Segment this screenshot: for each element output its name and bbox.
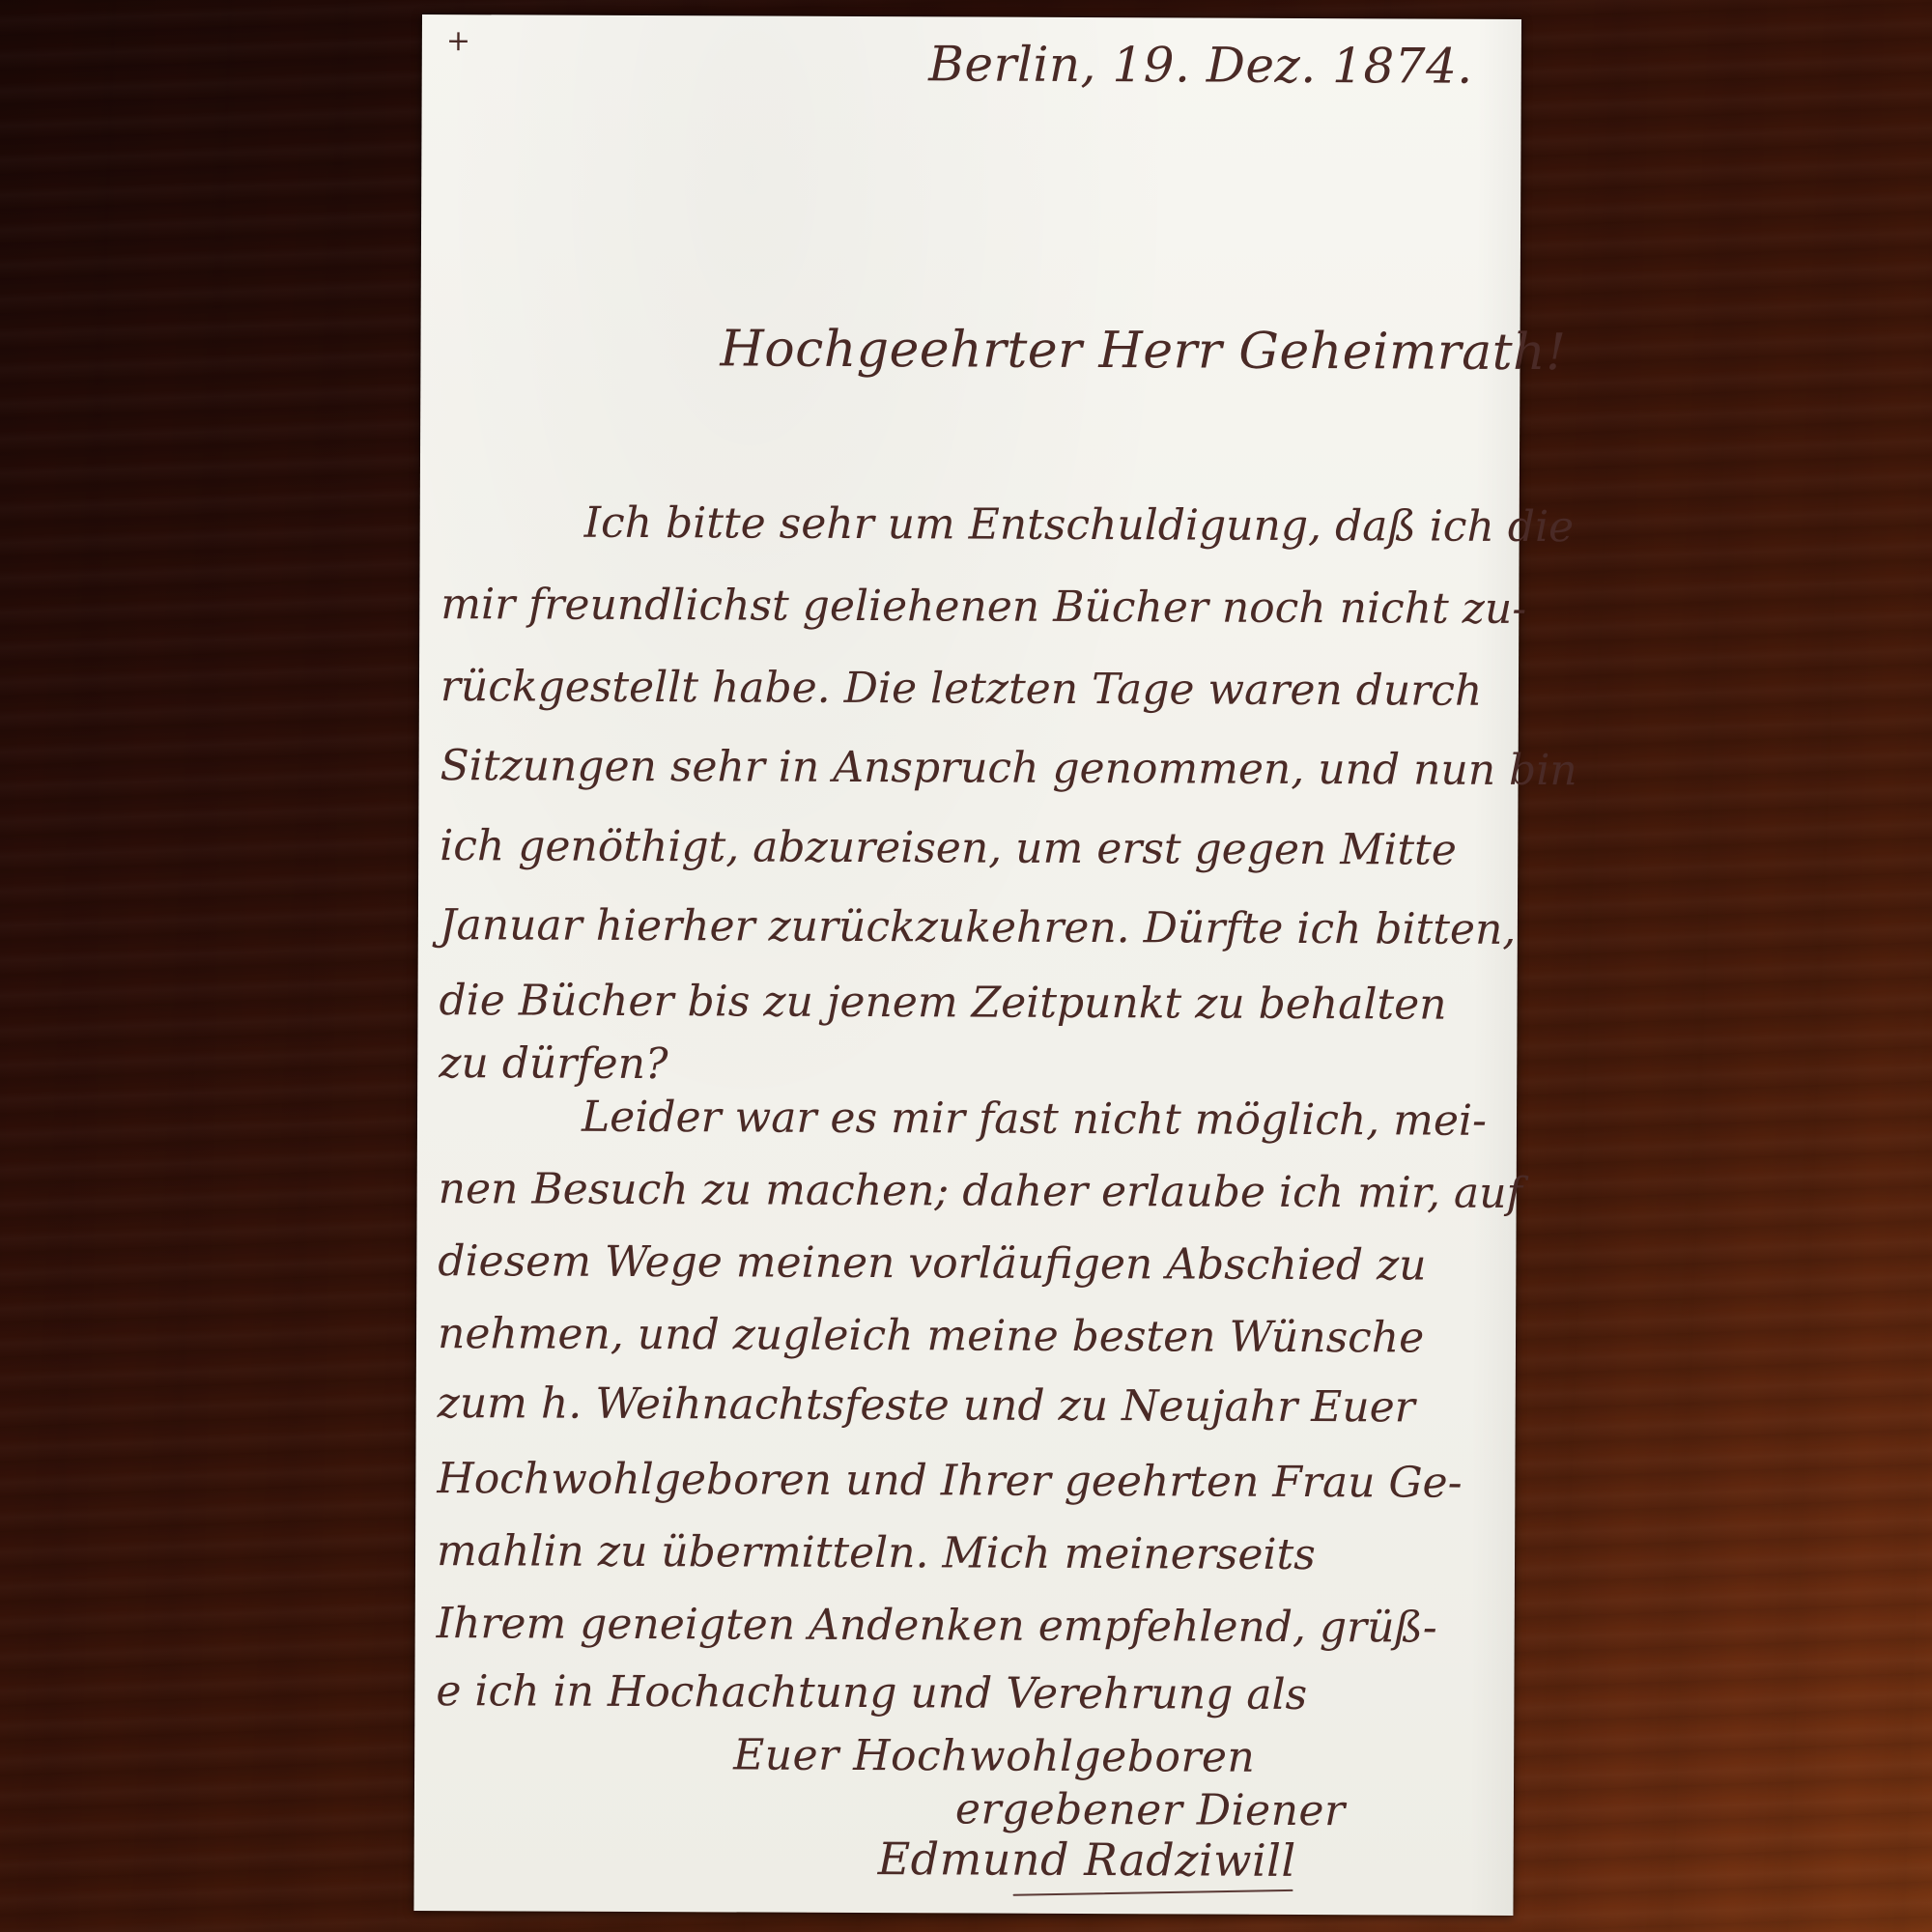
body-line: e ich in Hochachtung und Verehrung als [436,1666,1307,1719]
letter-closing: Euer Hochwohlgeboren ergebener Diener [422,14,1521,19]
body-line: nen Besuch zu machen; daher erlaube ich … [439,1164,1522,1218]
closing-line: ergebener Diener [955,1784,1346,1835]
body-line: die Bücher bis zu jenem Zeitpunkt zu beh… [439,976,1446,1030]
body-line: rückgestellt habe. Die letzten Tage ware… [440,662,1483,716]
signature: Edmund Radziwill [878,1833,1296,1887]
body-line: Sitzungen sehr in Anspruch genommen, und… [440,741,1577,795]
body-line: Januar hierher zurückzukehren. Dürfte ic… [440,900,1517,954]
body-line: nehmen, und zugleich meine besten Wünsch… [438,1309,1424,1362]
body-line: mahlin zu übermitteln. Mich meinerseits [437,1526,1316,1579]
letter-sheet: + Berlin, 19. Dez. 1874. Hochgeehrter He… [413,14,1521,1916]
letter-body: Ich bitte sehr um Entschuldigung, daß ic… [422,14,1521,19]
body-line: zu dürfen? [439,1038,668,1089]
body-line: zum h. Weihnachtsfeste und zu Neujahr Eu… [438,1378,1415,1432]
body-line: ich genöthigt, abzureisen, um erst gegen… [440,821,1457,875]
body-line: Ich bitte sehr um Entschuldigung, daß ic… [584,498,1575,552]
wooden-desk-background: + Berlin, 19. Dez. 1874. Hochgeehrter He… [0,0,1932,1932]
body-line: Ihrem geneigten Andenken empfehlend, grü… [437,1599,1437,1653]
signature-underline [1013,1889,1293,1896]
body-line: Leider war es mir fast nicht möglich, me… [582,1093,1487,1146]
closing-line: Euer Hochwohlgeboren [733,1730,1255,1781]
salutation: Hochgeehrter Herr Geheimrath! [720,320,1566,382]
dateline: Berlin, 19. Dez. 1874. [928,36,1473,94]
body-line: Hochwohlgeboren und Ihrer geehrten Frau … [437,1454,1462,1508]
body-line: mir freundlichst geliehenen Bücher noch … [440,580,1526,634]
body-line: diesem Wege meinen vorläufigen Abschied … [438,1236,1426,1290]
corner-mark: + [446,24,471,58]
